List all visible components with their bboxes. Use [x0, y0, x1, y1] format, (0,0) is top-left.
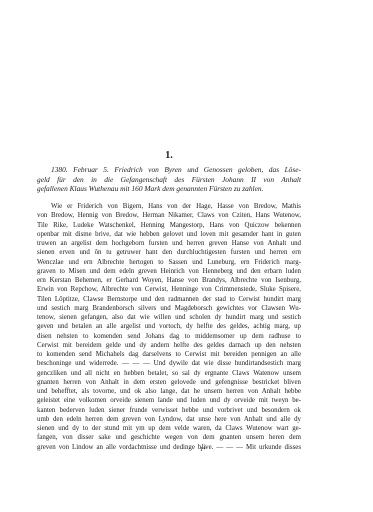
body-line: fangen, von disser sake und geschichte w…: [37, 433, 301, 442]
body-line: Wenczlae und ern Albrechte hertogen to S…: [37, 258, 301, 267]
body-line: von Bredow, Hennig von Bredow, Herman Ni…: [37, 211, 301, 220]
body-line: beschoninge und widerrede. — — — Und dyw…: [37, 359, 301, 368]
body-line: Tilen Lôptitze, Clawse Bernstorpe und de…: [37, 295, 301, 304]
headnote-line: 1380. Februar 5. Friedrich von Byren und…: [37, 165, 301, 175]
body-line: tenow, sienen gefangen, also dat wie wil…: [37, 313, 301, 322]
body-line: geven und betalen an alle argelist und v…: [37, 322, 301, 331]
signature-mark: 1*: [200, 447, 206, 453]
body-line: openbar mit disme brive, dat wie hebben …: [37, 230, 301, 239]
body-line: Wie er Friderich von Bigern, Hans von de…: [37, 202, 301, 211]
document-number: 1.: [37, 150, 301, 161]
body-line: disen nehsten to komenden send Johans da…: [37, 332, 301, 341]
body-line: Tile Rike, Ludeke Watschenkel, Henning M…: [37, 221, 301, 230]
body-line: ern Kerstan Behemen, er Gerhard Woyen, H…: [37, 276, 301, 285]
body-line: truwen an argelist dem hochgeborn furste…: [37, 239, 301, 248]
body-line: greven von Lindow an alle vordachtnisse …: [37, 443, 301, 452]
body-line: sienen erven und ôn tu getruwer hant den…: [37, 248, 301, 257]
body-line: und behefftet, als tovorne, und ok also …: [37, 387, 301, 396]
body-line: kanten bederven luden siener frunde verw…: [37, 406, 301, 415]
body-line: Erwin von Repchow, Albrechte von Cerwist…: [37, 285, 301, 294]
headnote: 1380. Februar 5. Friedrich von Byren und…: [37, 165, 301, 194]
headnote-line: geld für den in die Gefangenschaft des F…: [37, 175, 301, 185]
body-line: to komenden send Michahels dag darselven…: [37, 350, 301, 359]
body-line: gnanten herren von Anhalt in dem ersten …: [37, 378, 301, 387]
body-line: Cerwist mit bereidem gelde und dy andern…: [37, 341, 301, 350]
body-line: genczliken und all nicht en hebben betal…: [37, 369, 301, 378]
body-line: graven to Misen und dem edeln greven Hei…: [37, 267, 301, 276]
body-line: geleistet eine volkomen orveide sienem l…: [37, 396, 301, 405]
body-line: sienen und dy to der stund mit ym up dem…: [37, 424, 301, 433]
body-line: umb den edeln herren dem greven von Lynd…: [37, 415, 301, 424]
body-line: und sestich marg Brandenborsch silvers u…: [37, 304, 301, 313]
headnote-line: gefallenen Klaus Wuthenau mit 160 Mark d…: [37, 184, 301, 194]
body-text: Wie er Friderich von Bigern, Hans von de…: [37, 202, 301, 452]
